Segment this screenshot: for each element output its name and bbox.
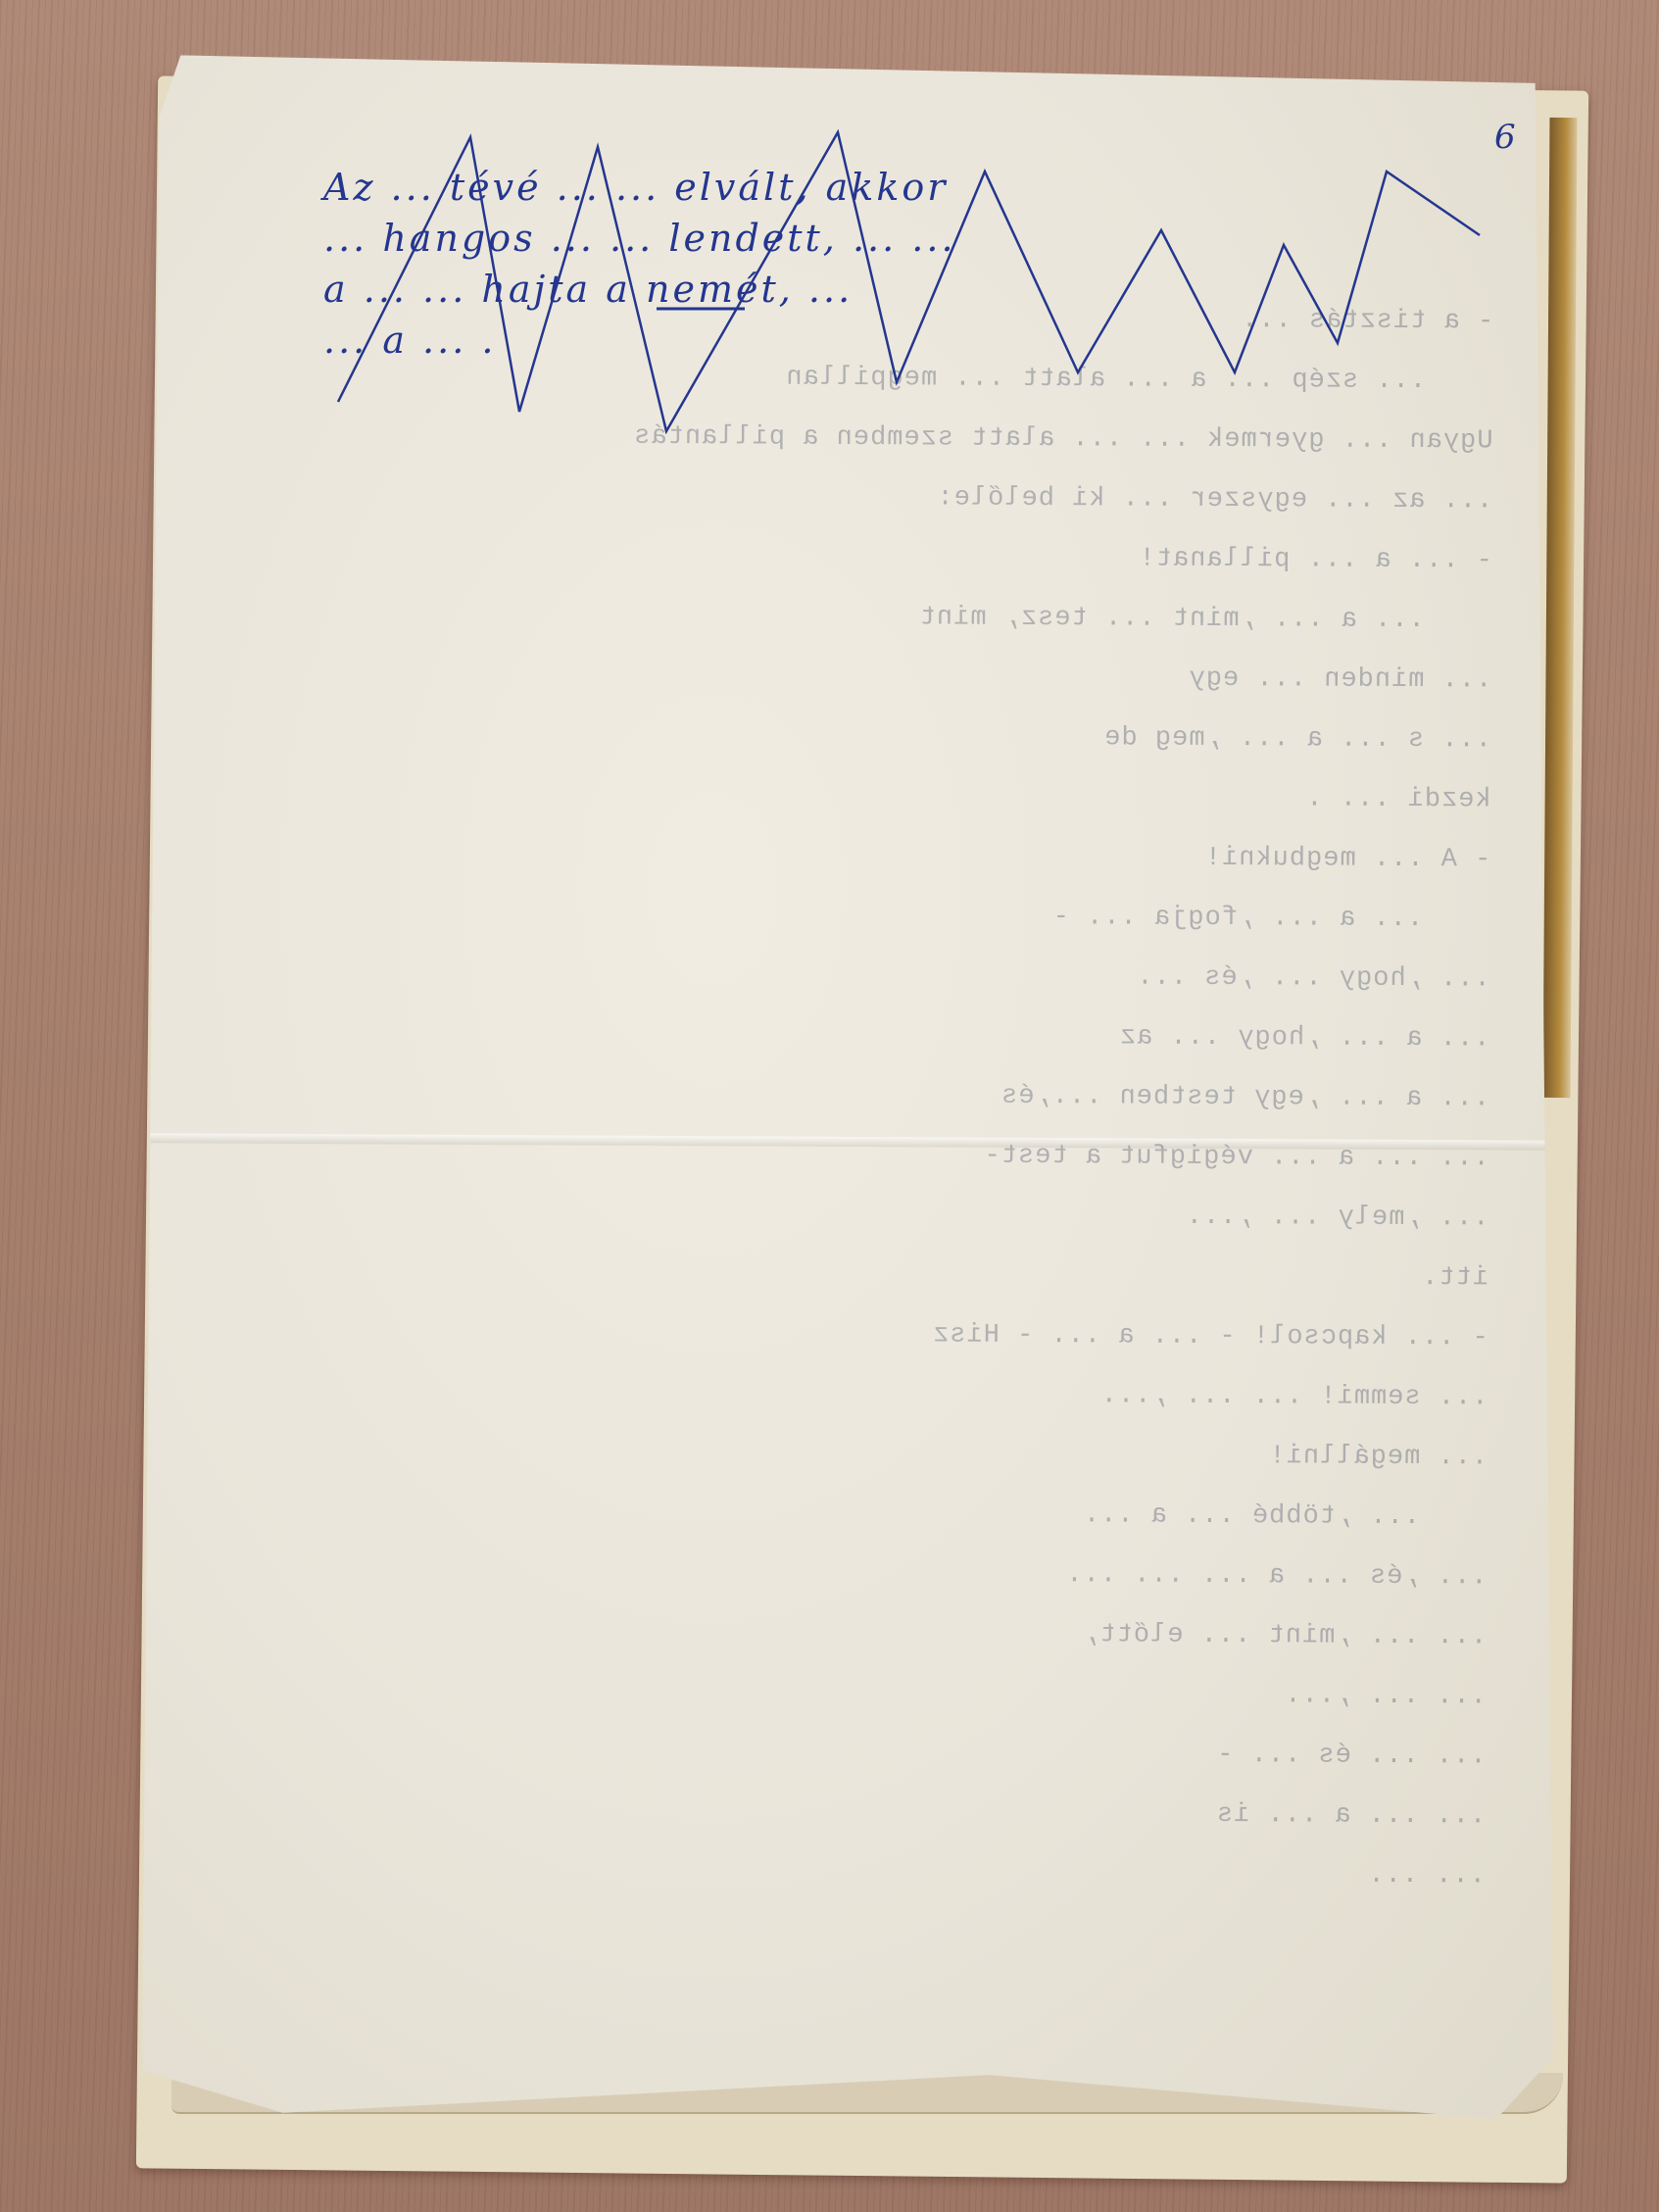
strikethrough-zigzag xyxy=(0,0,1659,2212)
